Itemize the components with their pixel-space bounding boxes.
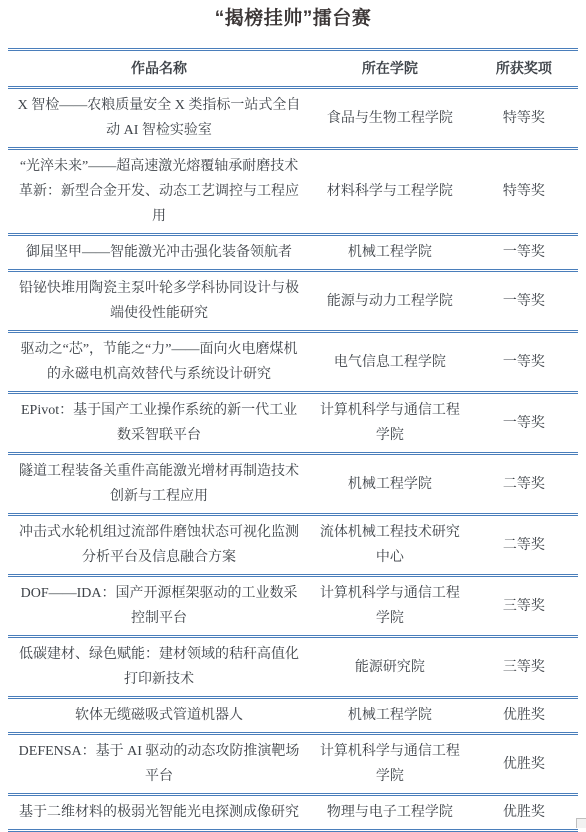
college-cell: 计算机科学与通信工程学院	[310, 576, 470, 637]
work-name-cell: 软体无缆磁吸式管道机器人	[8, 698, 310, 734]
header-college: 所在学院	[310, 50, 470, 88]
table-row: X 智检——农粮质量安全 X 类指标一站式全自动 AI 智检实验室 食品与生物工…	[8, 88, 578, 149]
award-cell: 一等奖	[470, 332, 578, 393]
table-row: 基于二维材料的极弱光智能光电探测成像研究 物理与电子工程学院 优胜奖	[8, 795, 578, 831]
work-name-cell: 御届坚甲——智能激光冲击强化装备领航者	[8, 235, 310, 271]
award-cell: 特等奖	[470, 88, 578, 149]
table-row: 铅铋快堆用陶瓷主泵叶轮多学科协同设计与极端使役性能研究 能源与动力工程学院 一等…	[8, 271, 578, 332]
award-cell: 一等奖	[470, 271, 578, 332]
college-cell: 计算机科学与通信工程学院	[310, 393, 470, 454]
work-name-cell: 隧道工程装备关重件高能激光增材再制造技术创新与工程应用	[8, 454, 310, 515]
college-cell: 机械工程学院	[310, 454, 470, 515]
header-award: 所获奖项	[470, 50, 578, 88]
table-row: 低碳建材、绿色赋能：建材领域的秸秆高值化打印新技术 能源研究院 三等奖	[8, 637, 578, 698]
table-row: 驱动之“芯”，节能之“力”——面向火电磨煤机的永磁电机高效替代与系统设计研究 电…	[8, 332, 578, 393]
table-row: DOF——IDA：国产开源框架驱动的工业数采控制平台 计算机科学与通信工程学院 …	[8, 576, 578, 637]
work-name-cell: 铅铋快堆用陶瓷主泵叶轮多学科协同设计与极端使役性能研究	[8, 271, 310, 332]
college-cell: 机械工程学院	[310, 235, 470, 271]
table-row: 隧道工程装备关重件高能激光增材再制造技术创新与工程应用 机械工程学院 二等奖	[8, 454, 578, 515]
work-name-cell: 基于二维材料的极弱光智能光电探测成像研究	[8, 795, 310, 831]
award-table: 作品名称 所在学院 所获奖项 X 智检——农粮质量安全 X 类指标一站式全自动 …	[8, 48, 578, 832]
work-name-cell: EPivot：基于国产工业操作系统的新一代工业数采智联平台	[8, 393, 310, 454]
award-cell: 优胜奖	[470, 734, 578, 795]
scrollbar-corner[interactable]	[576, 818, 586, 828]
award-cell: 三等奖	[470, 576, 578, 637]
college-cell: 物理与电子工程学院	[310, 795, 470, 831]
college-cell: 能源研究院	[310, 637, 470, 698]
award-cell: 二等奖	[470, 454, 578, 515]
work-name-cell: DOF——IDA：国产开源框架驱动的工业数采控制平台	[8, 576, 310, 637]
work-name-cell: 驱动之“芯”，节能之“力”——面向火电磨煤机的永磁电机高效替代与系统设计研究	[8, 332, 310, 393]
award-cell: 三等奖	[470, 637, 578, 698]
work-name-cell: DEFENSA：基于 AI 驱动的动态攻防推演靶场平台	[8, 734, 310, 795]
award-cell: 优胜奖	[470, 698, 578, 734]
work-name-cell: X 智检——农粮质量安全 X 类指标一站式全自动 AI 智检实验室	[8, 88, 310, 149]
award-cell: 特等奖	[470, 149, 578, 235]
table-header-row: 作品名称 所在学院 所获奖项	[8, 50, 578, 88]
table-row: 御届坚甲——智能激光冲击强化装备领航者 机械工程学院 一等奖	[8, 235, 578, 271]
table-row: DEFENSA：基于 AI 驱动的动态攻防推演靶场平台 计算机科学与通信工程学院…	[8, 734, 578, 795]
award-cell: 一等奖	[470, 393, 578, 454]
award-cell: 二等奖	[470, 515, 578, 576]
college-cell: 能源与动力工程学院	[310, 271, 470, 332]
header-work-name: 作品名称	[8, 50, 310, 88]
work-name-cell: 冲击式水轮机组过流部件磨蚀状态可视化监测分析平台及信息融合方案	[8, 515, 310, 576]
award-cell: 优胜奖	[470, 795, 578, 831]
college-cell: 食品与生物工程学院	[310, 88, 470, 149]
award-cell: 一等奖	[470, 235, 578, 271]
college-cell: 材料科学与工程学院	[310, 149, 470, 235]
college-cell: 电气信息工程学院	[310, 332, 470, 393]
table-row: “光淬未来”——超高速激光熔覆轴承耐磨技术革新：新型合金开发、动态工艺调控与工程…	[8, 149, 578, 235]
college-cell: 流体机械工程技术研究中心	[310, 515, 470, 576]
work-name-cell: 低碳建材、绿色赋能：建材领域的秸秆高值化打印新技术	[8, 637, 310, 698]
college-cell: 计算机科学与通信工程学院	[310, 734, 470, 795]
work-name-cell: “光淬未来”——超高速激光熔覆轴承耐磨技术革新：新型合金开发、动态工艺调控与工程…	[8, 149, 310, 235]
table-row: 冲击式水轮机组过流部件磨蚀状态可视化监测分析平台及信息融合方案 流体机械工程技术…	[8, 515, 578, 576]
table-row: 软体无缆磁吸式管道机器人 机械工程学院 优胜奖	[8, 698, 578, 734]
college-cell: 机械工程学院	[310, 698, 470, 734]
page-title: “揭榜挂帅”擂台赛	[8, 6, 578, 32]
table-row: EPivot：基于国产工业操作系统的新一代工业数采智联平台 计算机科学与通信工程…	[8, 393, 578, 454]
